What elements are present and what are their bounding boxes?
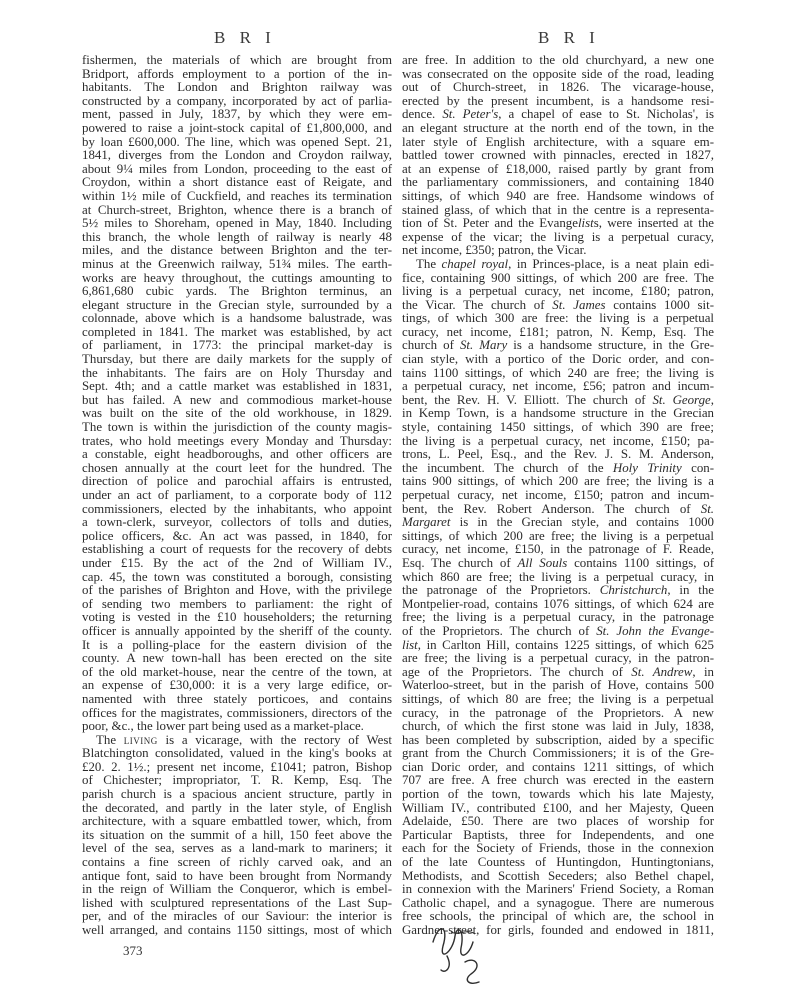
right-text-line: curacy, net income, £181; patron, N. Kem… (402, 326, 714, 340)
left-text-line: fishermen, the materials of which are br… (82, 54, 392, 68)
left-text-line: was built on the site of the old workhou… (82, 407, 392, 421)
left-text-line: its situation on the summit of a hill, 1… (82, 829, 392, 843)
left-text-line: of sending two members to parliament: th… (82, 598, 392, 612)
right-text-line: the parliamentary commissioners, and con… (402, 176, 714, 190)
right-text-line: Methodists, and Scottish Seceders; also … (402, 870, 714, 884)
right-text-line: which 860 are free; the living is a perp… (402, 571, 714, 585)
left-text-line: Blatchington consolidated, valued in the… (82, 747, 392, 761)
left-text-line: the decorated, and partly in the later s… (82, 802, 392, 816)
left-text-line: lished with sculptured representations o… (82, 897, 392, 911)
right-text-line: stained glass, of which that in the cent… (402, 204, 714, 218)
right-text-line: Particular Baptists, three for Independe… (402, 829, 714, 843)
right-text-line: age of the Proprietors. The church of St… (402, 666, 714, 680)
left-text-line: this branch, the whole length of railway… (82, 231, 392, 245)
left-text-line: constructed by a company, incorporated b… (82, 95, 392, 109)
left-text-line: The living is a vicarage, with the recto… (82, 734, 392, 748)
right-text-line: the living is a perpetual curacy, net in… (402, 435, 714, 449)
right-text-line: cian Doric order, and contains 1211 sitt… (402, 761, 714, 775)
left-text-line: about 9¼ miles from London, proceeding t… (82, 163, 392, 177)
right-text-line: of the Proprietors. The church of St. Jo… (402, 625, 714, 639)
right-text-line: perpetual curacy, net income, £150; patr… (402, 489, 714, 503)
left-text-line: namented with three stately porticoes, a… (82, 693, 392, 707)
right-text-line: battled tower crowned with pinnacles, er… (402, 149, 714, 163)
left-text-line: offices for the magistrates, commissione… (82, 707, 392, 721)
left-text-line: Bridport, affords employment to a portio… (82, 68, 392, 82)
left-text-line: voting is vested in the £10 householders… (82, 611, 392, 625)
left-text-line: of the parishes of Brighton and Hove, wi… (82, 584, 392, 598)
left-text-line: under £15. By the act of the 2nd of Will… (82, 557, 392, 571)
right-text-line: sittings, of which 200 are free; the liv… (402, 530, 714, 544)
right-text-column: are free. In addition to the old churchy… (402, 54, 714, 938)
left-text-line: the inhabitants. The fairs are on Holy T… (82, 367, 392, 381)
right-text-line: the patronage of the Proprietors. Christ… (402, 584, 714, 598)
left-text-line: by loan £600,000. The line, which was op… (82, 136, 392, 150)
right-text-line: net income, £350; patron, the Vicar. (402, 244, 714, 258)
left-text-line: elegant structure in the Grecian style, … (82, 299, 392, 313)
left-text-line: Croydon, within a short distance east of… (82, 176, 392, 190)
left-text-line: works are heavy throughout, the cuttings… (82, 272, 392, 286)
right-text-line: the Vicar. The church of St. James conta… (402, 299, 714, 313)
right-text-line: are free. In addition to the old churchy… (402, 54, 714, 68)
right-text-line: tains 900 sittings, of which 200 are fre… (402, 475, 714, 489)
left-text-line: police officers, &c. An act was passed, … (82, 530, 392, 544)
right-text-line: Catholic chapel, and a synagogue. There … (402, 897, 714, 911)
right-text-line: later style of English architecture, wit… (402, 136, 714, 150)
running-head-right: B R I (538, 28, 600, 48)
left-text-line: ment, passed in July, 1837, by which the… (82, 108, 392, 122)
left-text-line: 1841, diverges from the London and Croyd… (82, 149, 392, 163)
right-text-line: curacy, net income, £150, in the patrona… (402, 543, 714, 557)
left-text-line: a constable, eight headboroughs, and oth… (82, 448, 392, 462)
right-text-line: grant from the Church Commissioners; it … (402, 747, 714, 761)
right-text-line: 707 are free. A free church was erected … (402, 774, 714, 788)
left-text-line: establishing a court of requests for the… (82, 543, 392, 557)
right-text-line: expense of the vicar; the living is a pe… (402, 231, 714, 245)
left-text-line: antique font, said to have been brought … (82, 870, 392, 884)
left-text-line: trates, who hold meetings every Monday a… (82, 435, 392, 449)
left-text-line: habitants. The London and Brighton railw… (82, 81, 392, 95)
left-text-line: well arranged, and contains 1150 sitting… (82, 924, 392, 938)
right-text-line: style, containing 1450 sittings, of whic… (402, 421, 714, 435)
right-text-line: Adelaide, £50. There are two places of w… (402, 815, 714, 829)
right-text-line: church, of which the first stone was lai… (402, 720, 714, 734)
left-text-line: of parliament, in 1773: the principal ma… (82, 339, 392, 353)
right-text-line: cian style, with a portico of the Doric … (402, 353, 714, 367)
left-text-line: of the old market-house, near the centre… (82, 666, 392, 680)
left-text-line: direction of police and parochial affair… (82, 475, 392, 489)
right-text-line: William IV., contributed £100, and her M… (402, 802, 714, 816)
left-text-line: officer is annually appointed by the she… (82, 625, 392, 639)
right-text-line: tings, of which 300 are free: the living… (402, 312, 714, 326)
left-text-line: level of the sea, serves as a land-mark … (82, 842, 392, 856)
left-text-line: £20. 2. 1½.; present net income, £1041; … (82, 761, 392, 775)
right-text-line: was consecrated on the opposite side of … (402, 68, 714, 82)
right-text-line: an elegant structure at the north end of… (402, 122, 714, 136)
right-text-line: sittings, of which 940 are free. Handsom… (402, 190, 714, 204)
left-text-line: completed in 1841. The market was establ… (82, 326, 392, 340)
right-text-line: fice, containing 900 sittings, of which … (402, 272, 714, 286)
right-text-line: Montpelier-road, contains 1076 sittings,… (402, 598, 714, 612)
right-text-line: Waterloo-street, but in the parish of Ho… (402, 679, 714, 693)
left-text-line: architecture, with a square embattled to… (82, 815, 392, 829)
right-text-line: a perpetual curacy, net income, £56; pat… (402, 380, 714, 394)
left-text-line: minus at the Greenwich railway, 51¾ mile… (82, 258, 392, 272)
left-text-line: parish church is a spacious ancient stru… (82, 788, 392, 802)
right-text-line: list, in Carlton Hill, contains 1225 sit… (402, 639, 714, 653)
left-text-line: cap. 45, the town was constituted a boro… (82, 571, 392, 585)
right-text-line: tains 1100 sittings, of which 240 are fr… (402, 367, 714, 381)
right-text-line: trons, L. Peel, Esq., and the Rev. J. S.… (402, 448, 714, 462)
right-text-line: bent, the Rev. Robert Anderson. The chur… (402, 503, 714, 517)
left-text-line: within 1½ mile of Cuckfield, and reaches… (82, 190, 392, 204)
handwritten-signature-icon (425, 912, 495, 992)
left-text-line: in the reign of William the Conqueror, w… (82, 883, 392, 897)
left-text-line: colonnade, above which is a handsome bal… (82, 312, 392, 326)
right-text-line: erected by the present incumbent, is a h… (402, 95, 714, 109)
right-text-line: at an expense of £18,000, raised partly … (402, 163, 714, 177)
left-text-line: county. A new town-hall has been erected… (82, 652, 392, 666)
left-text-column: fishermen, the materials of which are br… (82, 54, 392, 938)
right-text-line: in connexion with the Mariners' Friend S… (402, 883, 714, 897)
right-text-line: tion of St. Peter and the Evangelists, w… (402, 217, 714, 231)
left-text-line: poor, &c., the lower part being used as … (82, 720, 392, 734)
right-text-line: dence. St. Peter's, a chapel of ease to … (402, 108, 714, 122)
right-text-line: the incumbent. The church of the Holy Tr… (402, 462, 714, 476)
right-text-line: in Kemp Town, is a handsome structure in… (402, 407, 714, 421)
left-text-line: powered to raise a joint-stock capital o… (82, 122, 392, 136)
right-text-line: Esq. The church of All Souls contains 11… (402, 557, 714, 571)
right-text-line: are free; the living is a perpetual cura… (402, 652, 714, 666)
left-text-line: The town is within the jurisdiction of t… (82, 421, 392, 435)
right-text-line: church of St. Mary is a handsome structu… (402, 339, 714, 353)
left-text-line: Thursday, but there are daily markets fo… (82, 353, 392, 367)
left-text-line: but has failed. A new and commodious mar… (82, 394, 392, 408)
left-text-line: per, and of the miracles of our Saviour:… (82, 910, 392, 924)
left-text-line: miles, and the distance between Brighton… (82, 244, 392, 258)
right-text-line: bent, the Rev. H. V. Elliott. The church… (402, 394, 714, 408)
left-text-line: under an act of parliament, to a corpora… (82, 489, 392, 503)
right-text-line: of the late Countess of Huntingdon, Hunt… (402, 856, 714, 870)
page-number: 373 (123, 943, 143, 959)
left-text-line: an expense of £30,000: it is a very larg… (82, 679, 392, 693)
right-text-line: Margaret is in the Grecian style, and co… (402, 516, 714, 530)
right-text-line: portion of the town, towards which his l… (402, 788, 714, 802)
left-text-line: at Church-street, Brighton, whence there… (82, 204, 392, 218)
left-text-line: chosen annually at the court leet for th… (82, 462, 392, 476)
left-text-line: of Chichester; impropriator, T. R. Kemp,… (82, 774, 392, 788)
right-text-line: sittings, of which 80 are free; the livi… (402, 693, 714, 707)
right-text-line: curacy, in the patronage of the Propriet… (402, 707, 714, 721)
right-text-line: each for the Society of Friends, those i… (402, 842, 714, 856)
left-text-line: 5½ miles to Shoreham, opened in May, 184… (82, 217, 392, 231)
left-text-line: Sept. 4th; and a cattle market was estab… (82, 380, 392, 394)
left-text-line: It is a polling-place for the eastern di… (82, 639, 392, 653)
left-text-line: a town-clerk, surveyor, collectors of to… (82, 516, 392, 530)
right-text-line: free; the living is a perpetual curacy, … (402, 611, 714, 625)
right-text-line: living is a perpetual curacy, net income… (402, 285, 714, 299)
left-text-line: commissioners, elected by the inhabitant… (82, 503, 392, 517)
left-text-line: 6,861,680 cubic yards. The Brighton term… (82, 285, 392, 299)
running-head-left: B R I (214, 28, 276, 48)
right-text-line: The chapel royal, in Princes-place, is a… (402, 258, 714, 272)
right-text-line: has been completed by subscription, aide… (402, 734, 714, 748)
left-text-line: contains a fine screen of richly carved … (82, 856, 392, 870)
right-text-line: out of Church-street, in 1826. The vicar… (402, 81, 714, 95)
